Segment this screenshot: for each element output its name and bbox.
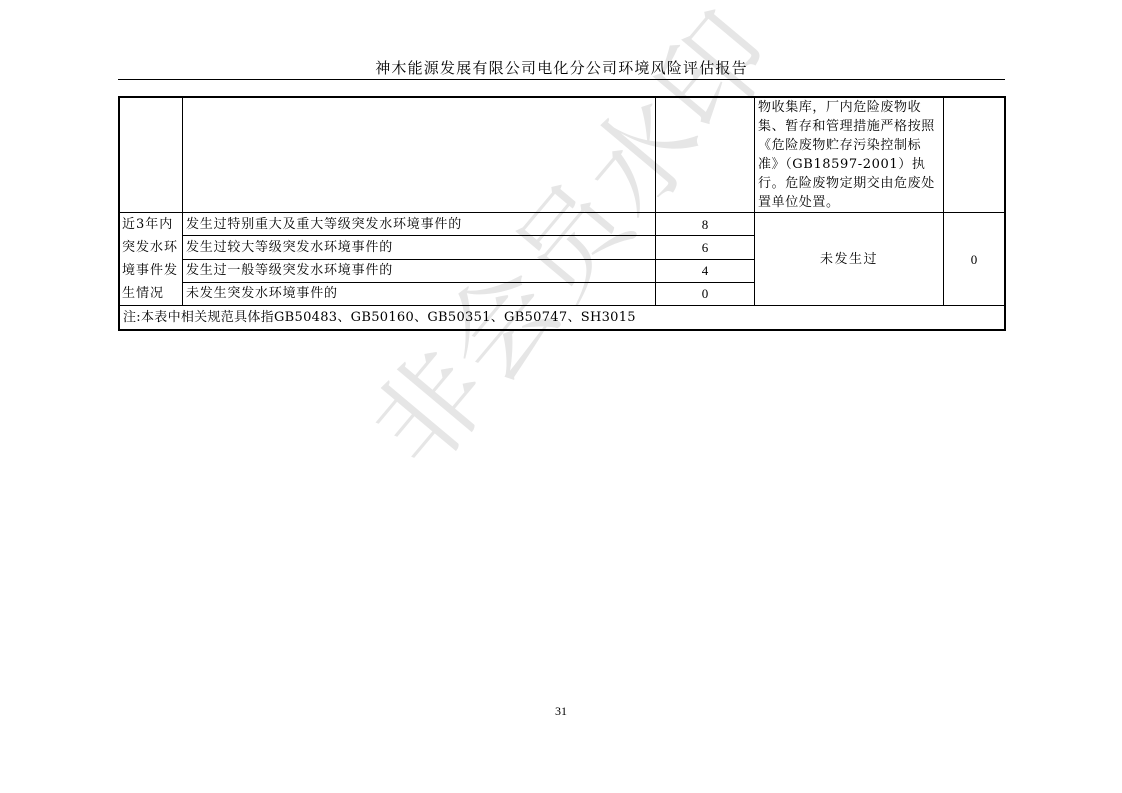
criterion-score: 4 bbox=[656, 259, 755, 282]
category-label: 近3年内突发水环境事件发生情况 bbox=[119, 213, 183, 306]
cell-empty bbox=[656, 97, 755, 213]
risk-assessment-table: 物收集库，厂内危险废物收集、暂存和管理措施严格按照《危险废物贮存污染控制标准》（… bbox=[118, 96, 1006, 331]
cell-empty bbox=[183, 97, 656, 213]
table-row-continued: 物收集库，厂内危险废物收集、暂存和管理措施严格按照《危险废物贮存污染控制标准》（… bbox=[119, 97, 1005, 213]
criterion-score: 0 bbox=[656, 282, 755, 305]
document-header-title: 神木能源发展有限公司电化分公司环境风险评估报告 bbox=[118, 57, 1005, 78]
criterion-label: 发生过较大等级突发水环境事件的 bbox=[183, 236, 656, 259]
criterion-score: 8 bbox=[656, 213, 755, 236]
page-number: 31 bbox=[0, 704, 1122, 719]
criterion-label: 未发生突发水环境事件的 bbox=[183, 282, 656, 305]
cell-empty bbox=[944, 97, 1006, 213]
table-note: 注:本表中相关规范具体指GB50483、GB50160、GB50351、GB50… bbox=[119, 306, 1005, 331]
table-row: 近3年内突发水环境事件发生情况 发生过特别重大及重大等级突发水环境事件的 8 未… bbox=[119, 213, 1005, 236]
criterion-label: 发生过一般等级突发水环境事件的 bbox=[183, 259, 656, 282]
criterion-label: 发生过特别重大及重大等级突发水环境事件的 bbox=[183, 213, 656, 236]
cell-empty bbox=[119, 97, 183, 213]
actual-score: 0 bbox=[944, 213, 1006, 306]
actual-status: 未发生过 bbox=[755, 213, 944, 306]
header-divider bbox=[118, 79, 1005, 80]
table-row-note: 注:本表中相关规范具体指GB50483、GB50160、GB50351、GB50… bbox=[119, 306, 1005, 331]
measure-description: 物收集库，厂内危险废物收集、暂存和管理措施严格按照《危险废物贮存污染控制标准》（… bbox=[755, 97, 944, 213]
criterion-score: 6 bbox=[656, 236, 755, 259]
